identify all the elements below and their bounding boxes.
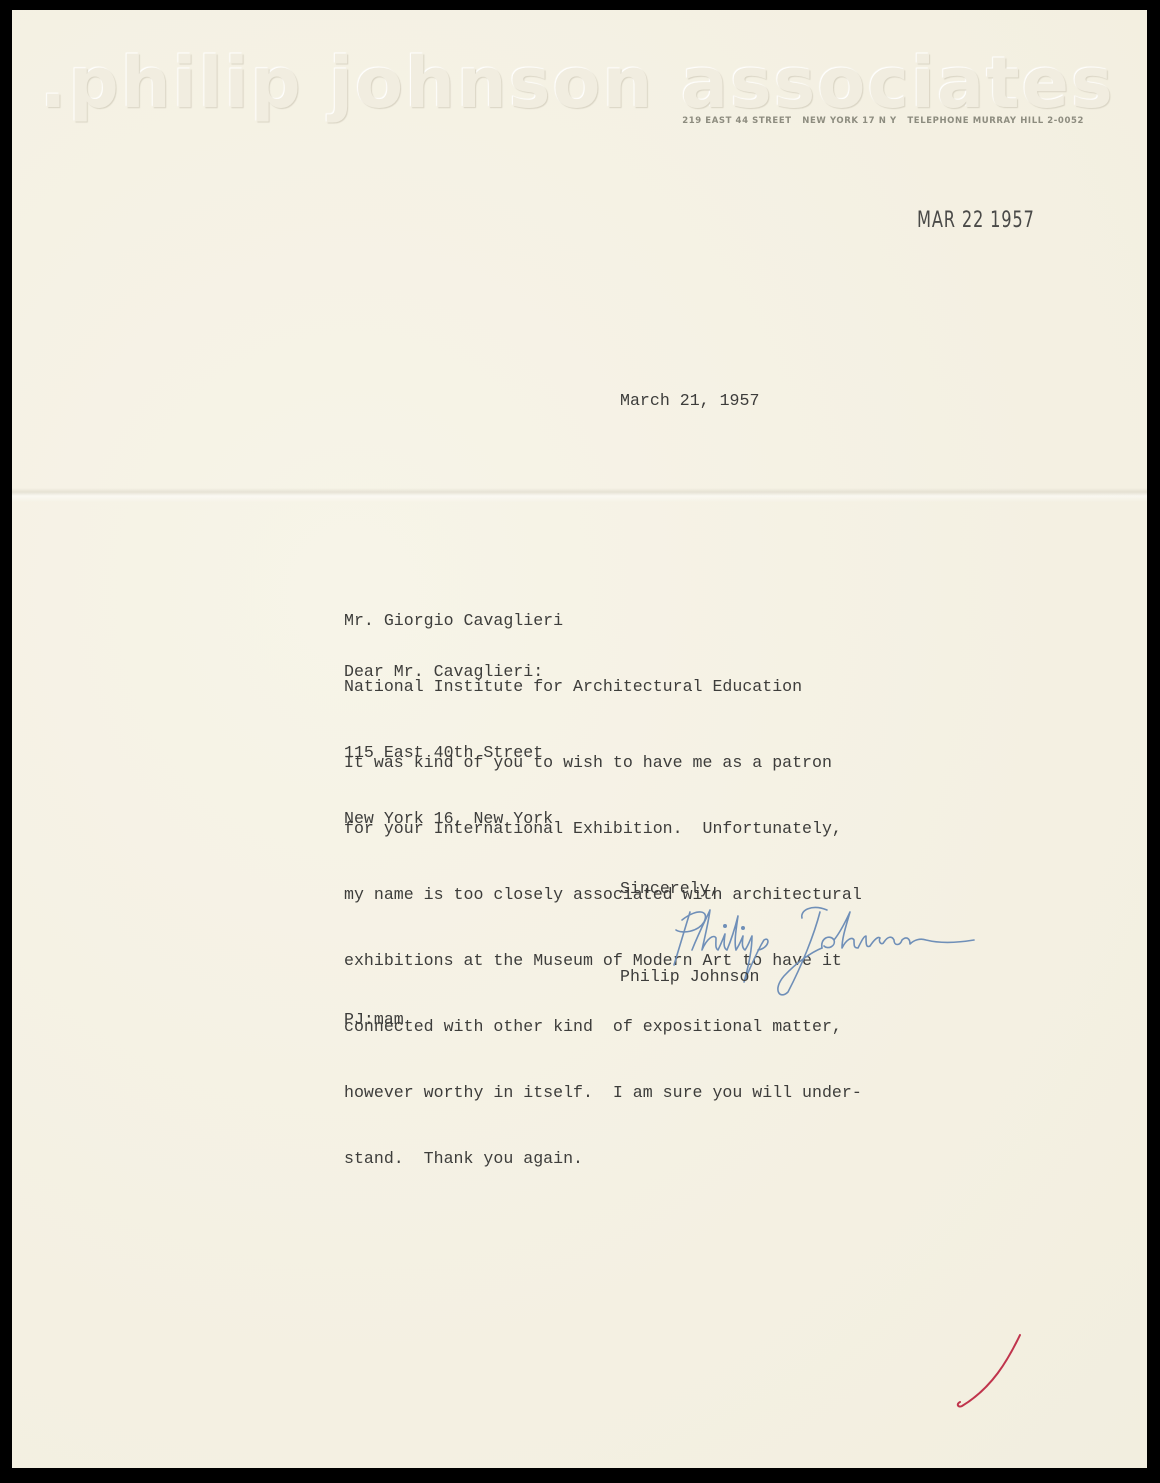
received-date-stamp: MAR 22 1957 <box>917 208 1035 233</box>
recipient-line: Mr. Giorgio Cavaglieri <box>344 610 802 632</box>
letter-page: .philip johnson associates 219 EAST 44 S… <box>12 10 1147 1468</box>
reference-initials: PJ:mam <box>344 1009 404 1031</box>
typed-signer-name: Philip Johnson <box>620 966 759 988</box>
letterhead-embossed-name: .philip johnson associates <box>40 42 1115 124</box>
letterhead-address: 219 EAST 44 STREET NEW YORK 17 N Y TELEP… <box>682 116 1084 126</box>
body-line: It was kind of you to wish to have me as… <box>344 752 862 774</box>
body-line: stand. Thank you again. <box>344 1148 862 1170</box>
letter-date: March 21, 1957 <box>620 390 759 412</box>
salutation: Dear Mr. Cavaglieri: <box>344 661 543 683</box>
body-line: connected with other kind of expositiona… <box>344 1016 862 1038</box>
body-line: for your International Exhibition. Unfor… <box>344 818 862 840</box>
red-check-mark-icon <box>942 1330 1042 1410</box>
body-line: however worthy in itself. I am sure you … <box>344 1082 862 1104</box>
